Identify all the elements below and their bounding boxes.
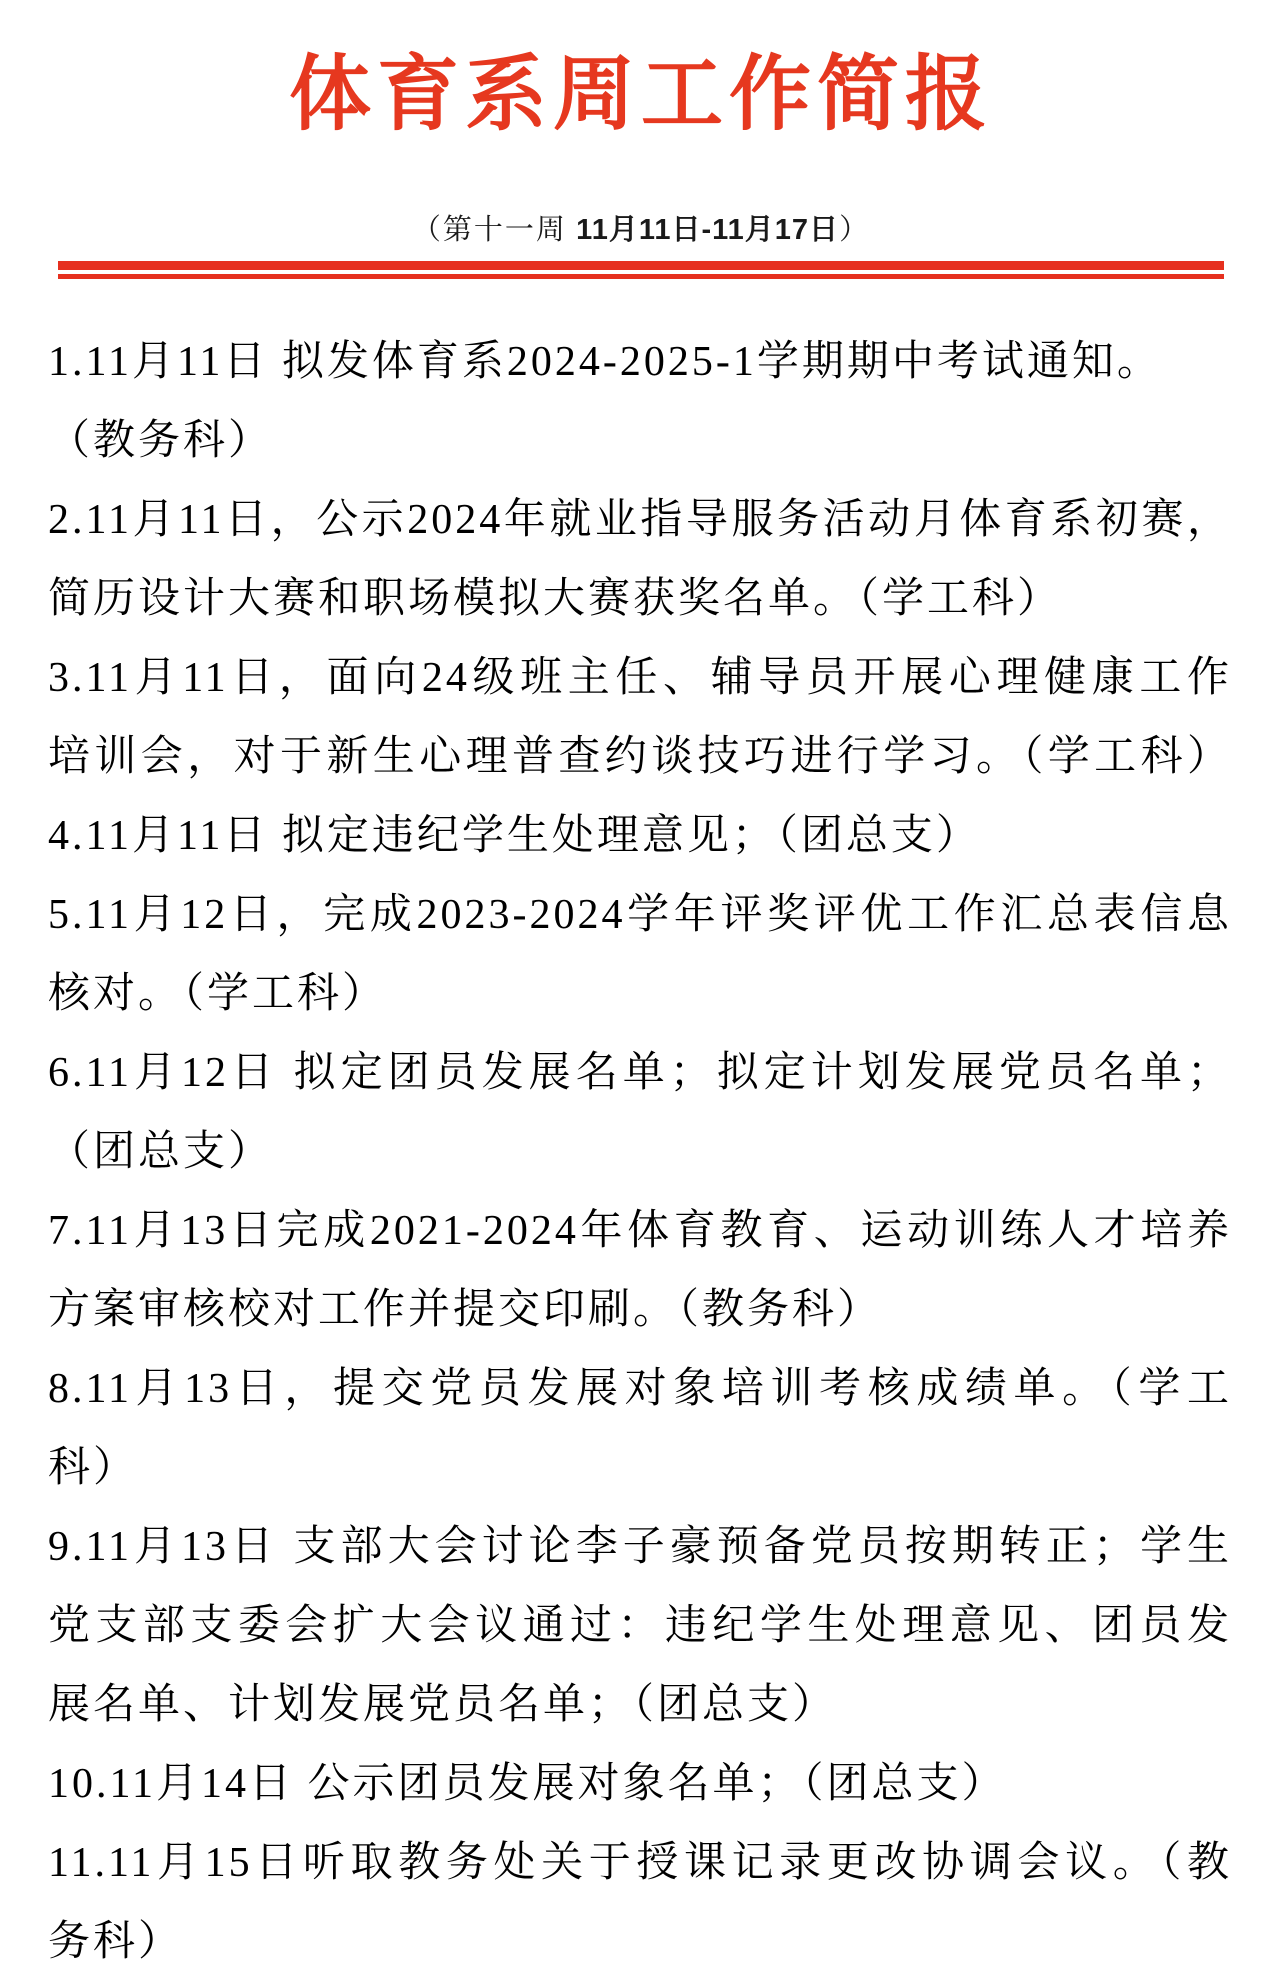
subtitle-suffix: ）: [839, 214, 870, 246]
briefing-line: 展名单、计划发展党员名单；（团总支）: [48, 1666, 1232, 1745]
briefing-line: 8.11月13日，提交党员发展对象培训考核成绩单。（学工: [48, 1350, 1232, 1429]
briefing-line: （团总支）: [48, 1113, 1232, 1192]
briefing-line: 4.11月11日 拟定违纪学生处理意见；（团总支）: [48, 797, 1232, 876]
briefing-line: 9.11月13日 支部大会讨论李子豪预备党员按期转正；学生: [48, 1508, 1232, 1587]
document-title: 体育系周工作简报: [0, 54, 1282, 136]
briefing-line: 务科）: [48, 1903, 1232, 1982]
briefing-line: 10.11月14日 公示团员发展对象名单；（团总支）: [48, 1745, 1232, 1824]
red-rule-thin: [58, 274, 1224, 279]
briefing-line: 简历设计大赛和职场模拟大赛获奖名单。（学工科）: [48, 560, 1232, 639]
briefing-line: （教务科）: [48, 402, 1232, 481]
briefing-line: 11.11月15日听取教务处关于授课记录更改协调会议。（教: [48, 1824, 1232, 1903]
briefing-line: 6.11月12日 拟定团员发展名单；拟定计划发展党员名单；: [48, 1034, 1232, 1113]
briefing-document: 体育系周工作简报 （第十一周 11月11日-11月17日） 1.11月11日 拟…: [0, 0, 1282, 1986]
briefing-line: 党支部支委会扩大会议通过：违纪学生处理意见、团员发: [48, 1587, 1232, 1666]
red-rule-thick: [58, 261, 1224, 270]
subtitle-date-range: 11月11日-11月17日: [576, 214, 839, 246]
briefing-line: 1.11月11日 拟发体育系2024-2025-1学期期中考试通知。: [48, 323, 1232, 402]
briefing-line: 方案审核校对工作并提交印刷。（教务科）: [48, 1271, 1232, 1350]
document-subtitle: （第十一周 11月11日-11月17日）: [0, 212, 1282, 248]
briefing-line: 3.11月11日，面向24级班主任、辅导员开展心理健康工作: [48, 639, 1232, 718]
briefing-line: 科）: [48, 1429, 1232, 1508]
subtitle-prefix: （第十一周: [412, 214, 576, 246]
double-red-rule: [58, 261, 1224, 279]
briefing-line: 核对。（学工科）: [48, 955, 1232, 1034]
briefing-body: 1.11月11日 拟发体育系2024-2025-1学期期中考试通知。（教务科）2…: [48, 323, 1232, 1982]
briefing-line: 2.11月11日，公示2024年就业指导服务活动月体育系初赛，: [48, 481, 1232, 560]
briefing-line: 7.11月13日完成2021-2024年体育教育、运动训练人才培养: [48, 1192, 1232, 1271]
briefing-line: 培训会，对于新生心理普查约谈技巧进行学习。（学工科）: [48, 718, 1232, 797]
briefing-line: 5.11月12日，完成2023-2024学年评奖评优工作汇总表信息: [48, 876, 1232, 955]
